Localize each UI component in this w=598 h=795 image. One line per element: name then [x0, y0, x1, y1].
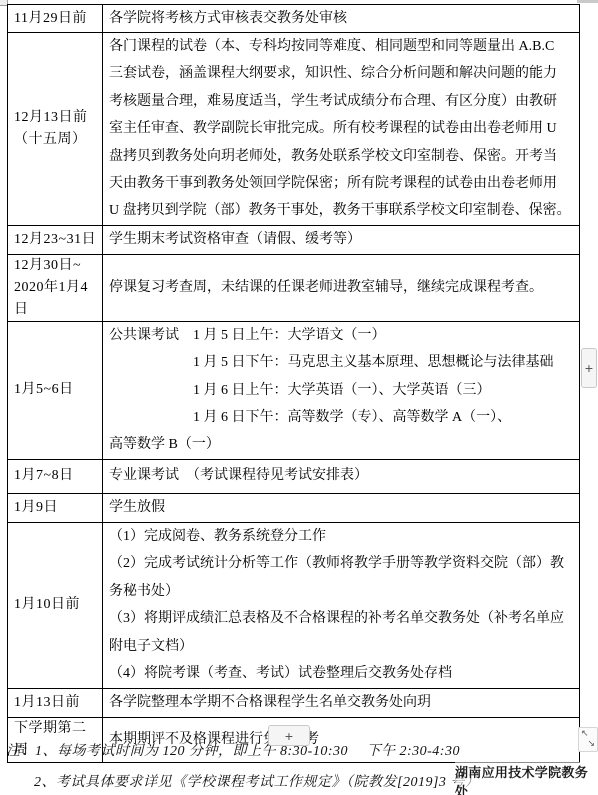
arrow-down-right-icon: ↘ — [587, 740, 595, 749]
date-cell: 12月30日~ 2020年1月4日 — [8, 254, 103, 321]
insert-row-plus-button[interactable]: + — [268, 725, 310, 746]
table-row: 1月7~8日 专业课考试 （考试课程待见考试安排表） — [8, 459, 580, 493]
arrow-up-left-icon: ↖ — [581, 730, 589, 739]
table-resize-handle-button[interactable]: ↖ ↘ — [578, 727, 598, 752]
exam-schedule-table: 11月29日前 各学院将考核方式审核表交教务处审核 12月13日前 （十五周） … — [7, 4, 580, 763]
footnote-line-1: 注：1、每场考试时间为 120 分钟，即上午 8:30-10:30 下午 2:3… — [6, 740, 460, 760]
table-row: 1月10日前 （1）完成阅卷、教务系统登分工作 （2）完成考试统计分析等工作（教… — [8, 522, 580, 688]
content-cell: 学生期末考试资格审查（请假、缓考等） — [103, 225, 580, 254]
content-cell: 各学院将考核方式审核表交教务处审核 — [103, 5, 580, 33]
content-cell: 学生放假 — [103, 493, 580, 522]
table-row: 12月13日前 （十五周） 各门课程的试卷（本、专科均按同等难度、相同题型和同等… — [8, 33, 580, 226]
date-cell: 12月23~31日 — [8, 225, 103, 254]
table-row: 12月23~31日 学生期末考试资格审查（请假、缓考等） — [8, 225, 580, 254]
content-cell: 各门课程的试卷（本、专科均按同等难度、相同题型和同等题量出 A.B.C 三套试卷… — [103, 33, 580, 226]
insert-column-plus-button[interactable]: + — [581, 348, 597, 388]
scrollbar-top-fragment — [577, 0, 598, 3]
date-cell: 1月9日 — [8, 493, 103, 522]
table-row: 1月9日 学生放假 — [8, 493, 580, 522]
content-cell: 专业课考试 （考试课程待见考试安排表） — [103, 459, 580, 493]
date-cell: 1月5~6日 — [8, 321, 103, 459]
date-cell: 11月29日前 — [8, 5, 103, 33]
table-row: 12月30日~ 2020年1月4日 停课复习考查周，未结课的任课老师进教室辅导，… — [8, 254, 580, 321]
table-row: 1月13日前 各学院整理本学期不合格课程学生名单交教务处向玥 — [8, 688, 580, 717]
content-cell: 各学院整理本学期不合格课程学生名单交教务处向玥 — [103, 688, 580, 717]
table-row: 1月5~6日 公共课考试 1 月 5 日上午：大学语文（一） 1 月 5 日下午… — [8, 321, 580, 459]
content-cell: 公共课考试 1 月 5 日上午：大学语文（一） 1 月 5 日下午：马克思主义基… — [103, 321, 580, 459]
table-row: 11月29日前 各学院将考核方式审核表交教务处审核 — [8, 5, 580, 33]
date-cell: 12月13日前 （十五周） — [8, 33, 103, 226]
content-cell: （1）完成阅卷、教务系统登分工作 （2）完成考试统计分析等工作（教师将教学手册等… — [103, 522, 580, 688]
department-signature: 湖南应用技术学院教务处 — [455, 762, 598, 795]
content-cell: 停课复习考查周，未结课的任课老师进教室辅导，继续完成课程考查。 — [103, 254, 580, 321]
footnote-line-2: 2、考试具体要求详见《学校课程考试工作规定》（院教发[2019]3 号） — [34, 771, 479, 791]
date-cell: 1月13日前 — [8, 688, 103, 717]
date-cell: 1月10日前 — [8, 522, 103, 688]
date-cell: 1月7~8日 — [8, 459, 103, 493]
